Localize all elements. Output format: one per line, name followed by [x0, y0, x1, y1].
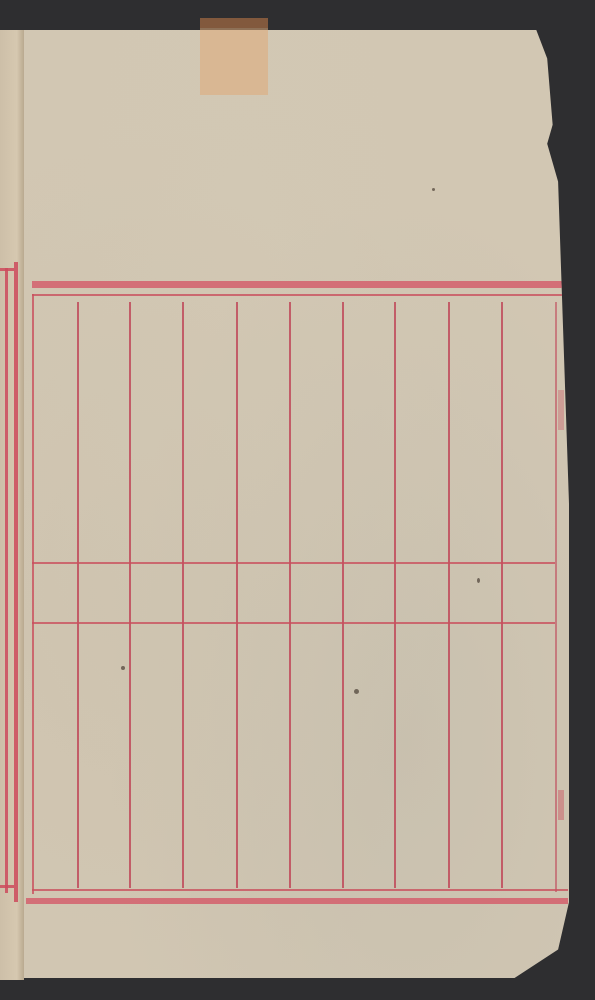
library-stamp-edge — [200, 18, 268, 28]
facing-page-frame-line — [14, 262, 18, 902]
top-border-thin — [32, 294, 568, 296]
library-stamp — [200, 18, 268, 95]
paper-speck — [121, 666, 125, 670]
column-line — [501, 302, 503, 888]
column-line — [289, 302, 291, 888]
facing-page-frame-line — [5, 268, 8, 893]
edge-stain — [558, 790, 564, 820]
middle-rule — [32, 622, 555, 624]
column-line — [129, 302, 131, 888]
scanned-document — [0, 0, 595, 1000]
column-line — [394, 302, 396, 888]
facing-page-edge — [0, 30, 24, 980]
top-border-thick — [32, 281, 568, 288]
edge-stain — [558, 390, 564, 430]
paper-speck — [477, 578, 480, 583]
middle-rule — [32, 562, 555, 564]
column-line — [182, 302, 184, 888]
bottom-border-thin — [32, 889, 568, 891]
column-line — [77, 302, 79, 888]
paper-speck — [432, 188, 435, 191]
facing-page-frame-line — [0, 885, 14, 888]
column-line — [236, 302, 238, 888]
bottom-border-thick — [26, 898, 568, 904]
column-line — [342, 302, 344, 888]
paper-speck — [354, 689, 359, 694]
column-line — [448, 302, 450, 888]
right-border-line — [555, 302, 557, 892]
ledger-page — [24, 30, 569, 978]
left-border — [32, 294, 34, 894]
facing-page-frame-line — [0, 268, 14, 271]
